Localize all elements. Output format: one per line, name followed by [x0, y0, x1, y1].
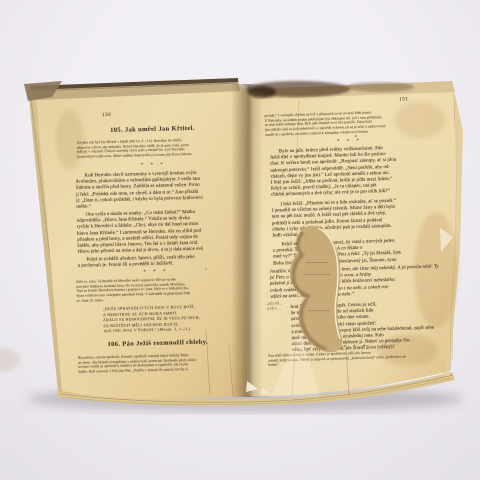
photo-open-book: 150 105. Jak umřel Jan Křtitel. Už přes … [0, 0, 480, 480]
torn-bits [246, 381, 258, 392]
torn-page-hole [0, 0, 480, 480]
torn-notch [440, 228, 453, 252]
